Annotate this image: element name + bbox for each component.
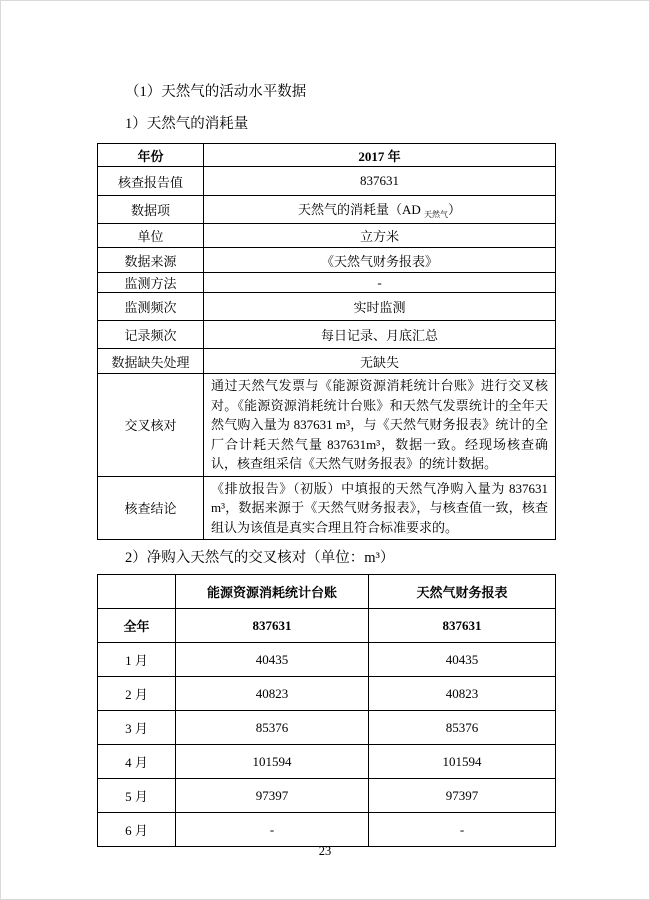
row-label: 核查报告值 — [98, 167, 204, 196]
row-value: 2017 年 — [204, 144, 556, 167]
row-label: 数据缺失处理 — [98, 349, 204, 374]
header-cell-empty — [98, 575, 176, 609]
row-label: 单位 — [98, 224, 204, 248]
row-label: 4 月 — [98, 745, 176, 779]
cell-value: 837631 — [176, 609, 369, 643]
row-label: 3 月 — [98, 711, 176, 745]
table-row: 4 月 101594 101594 — [98, 745, 556, 779]
document-page: （1）天然气的活动水平数据 1）天然气的消耗量 年份 2017 年 核查报告值 … — [0, 0, 650, 900]
table-header-row: 能源资源消耗统计台账 天然气财务报表 — [98, 575, 556, 609]
value-subscript: 天然气 — [424, 210, 448, 219]
row-label: 监测频次 — [98, 293, 204, 321]
cell-value: 85376 — [176, 711, 369, 745]
table-row: 单位 立方米 — [98, 224, 556, 248]
row-label: 监测方法 — [98, 273, 204, 293]
row-label: 全年 — [98, 609, 176, 643]
cell-value: 40435 — [176, 643, 369, 677]
table-row: 监测频次 实时监测 — [98, 293, 556, 321]
row-label: 核查结论 — [98, 476, 204, 540]
cell-value: 40823 — [369, 677, 556, 711]
table-row: 年份 2017 年 — [98, 144, 556, 167]
row-value-paragraph: 《排放报告》（初版）中填报的天然气净购入量为 837631 m³，数据来源于《天… — [204, 476, 556, 540]
cell-value: 97397 — [176, 779, 369, 813]
page-content: （1）天然气的活动水平数据 1）天然气的消耗量 年份 2017 年 核查报告值 … — [97, 83, 556, 847]
cell-value: - — [176, 813, 369, 847]
row-label: 交叉核对 — [98, 374, 204, 477]
cell-value: 101594 — [369, 745, 556, 779]
table-row: 数据项 天然气的消耗量（AD 天然气） — [98, 196, 556, 224]
row-value: 每日记录、月底汇总 — [204, 321, 556, 349]
row-label: 数据来源 — [98, 248, 204, 273]
page-number: 23 — [1, 844, 649, 859]
row-value: 《天然气财务报表》 — [204, 248, 556, 273]
table-row: 1 月 40435 40435 — [98, 643, 556, 677]
row-label: 数据项 — [98, 196, 204, 224]
table-row: 2 月 40823 40823 — [98, 677, 556, 711]
cell-value: 85376 — [369, 711, 556, 745]
row-label: 5 月 — [98, 779, 176, 813]
cell-value: 40435 — [369, 643, 556, 677]
table-row: 记录频次 每日记录、月底汇总 — [98, 321, 556, 349]
value-text: 天然气的消耗量（AD — [298, 202, 424, 217]
table-row: 交叉核对 通过天然气发票与《能源资源消耗统计台账》进行交叉核对。《能源资源消耗统… — [98, 374, 556, 477]
header-cell: 天然气财务报表 — [369, 575, 556, 609]
table-row: 数据来源 《天然气财务报表》 — [98, 248, 556, 273]
value-text: ） — [448, 202, 461, 217]
table-row: 核查报告值 837631 — [98, 167, 556, 196]
row-value: 无缺失 — [204, 349, 556, 374]
table-row: 监测方法 - — [98, 273, 556, 293]
section-heading: （1）天然气的活动水平数据 — [125, 83, 556, 102]
table-row: 全年 837631 837631 — [98, 609, 556, 643]
table-row: 6 月 - - — [98, 813, 556, 847]
header-cell: 能源资源消耗统计台账 — [176, 575, 369, 609]
monthly-crosscheck-table: 能源资源消耗统计台账 天然气财务报表 全年 837631 837631 1 月 … — [97, 574, 556, 847]
row-label: 年份 — [98, 144, 204, 167]
row-label: 2 月 — [98, 677, 176, 711]
table-row: 核查结论 《排放报告》（初版）中填报的天然气净购入量为 837631 m³，数据… — [98, 476, 556, 540]
row-value: 天然气的消耗量（AD 天然气） — [204, 196, 556, 224]
row-label: 记录频次 — [98, 321, 204, 349]
cell-value: 101594 — [176, 745, 369, 779]
row-value-paragraph: 通过天然气发票与《能源资源消耗统计台账》进行交叉核对。《能源资源消耗统计台账》和… — [204, 374, 556, 477]
gas-consumption-table: 年份 2017 年 核查报告值 837631 数据项 天然气的消耗量（AD 天然… — [97, 143, 556, 540]
cell-value: 40823 — [176, 677, 369, 711]
row-label: 1 月 — [98, 643, 176, 677]
subsection-heading-crosscheck: 2）净购入天然气的交叉核对（单位：m³） — [125, 549, 556, 568]
cell-value: - — [369, 813, 556, 847]
row-value: 实时监测 — [204, 293, 556, 321]
subsection-heading-consumption: 1）天然气的消耗量 — [125, 115, 556, 134]
table-row: 3 月 85376 85376 — [98, 711, 556, 745]
row-value: 立方米 — [204, 224, 556, 248]
row-value: 837631 — [204, 167, 556, 196]
row-value: - — [204, 273, 556, 293]
table-row: 数据缺失处理 无缺失 — [98, 349, 556, 374]
cell-value: 97397 — [369, 779, 556, 813]
table-row: 5 月 97397 97397 — [98, 779, 556, 813]
cell-value: 837631 — [369, 609, 556, 643]
row-label: 6 月 — [98, 813, 176, 847]
